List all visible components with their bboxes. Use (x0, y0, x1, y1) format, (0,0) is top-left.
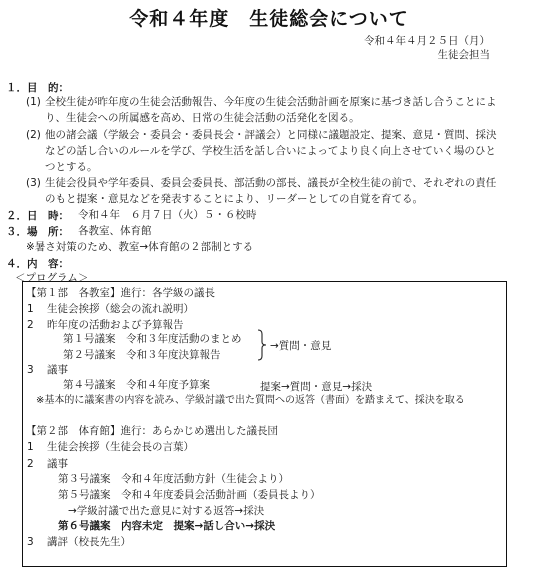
part1-item3-num: 3 (27, 362, 34, 378)
part1-bill4: 第４号議案 令和４年度予算案 (63, 377, 210, 393)
part1-header: 【第１部 各教室】進行：各学級の議長 (26, 285, 215, 301)
purpose-1-line1: 全校生徒が昨年度の生徒会活動報告、今年度の生徒会活動計画を原案に基づき話し合うこ… (45, 94, 497, 110)
document-author: 生徒会担当 (438, 48, 491, 62)
part1-bill2: 第２号議案 令和３年度決算報告 (63, 347, 221, 363)
part2-bill3: 第３号議案 令和４年度活動方針（生徒会より） (58, 471, 289, 487)
datetime-heading: ２．日 時： (6, 208, 69, 223)
purpose-2-line2: などの話し合いのルールを学び、学校生活を話し合いによってより良く向上させていく場… (45, 143, 496, 159)
datetime-value: 令和４年 ６月７日（火）５・６校時 (78, 207, 257, 223)
part2-flow: →学級討議で出た意見に対する返答→採決 (68, 503, 264, 519)
purpose-2-line3: つとする。 (45, 159, 98, 175)
part2-item2-num: 2 (27, 456, 34, 472)
part2-item1-text: 生徒会挨拶（生徒会長の言葉） (47, 439, 194, 455)
part2-header: 【第２部 体育館】進行：あらかじめ選出した議長団 (26, 423, 278, 439)
part2-item1-num: 1 (27, 439, 34, 455)
purpose-3-line2: のもと提案・意見などを発表することにより、リーダーとしての自覚を育てる。 (45, 191, 423, 207)
part1-bill1: 第１号議案 令和３年度活動のまとめ (63, 331, 242, 347)
part1-note: ※基本的に議案書の内容を読み、学級討議で出た質問への返答（書面）を踏まえて、採決… (36, 393, 465, 409)
part2-item3-num: 3 (27, 534, 34, 550)
place-note: ※暑さ対策のため、教室→体育館の２部制とする (26, 239, 253, 255)
purpose-1-num: (1) (26, 94, 41, 110)
part1-item2-num: 2 (27, 317, 34, 333)
purpose-3-line1: 生徒会役員や学年委員、委員会委員長、部活動の部長、議長が全校生徒の前で、それぞれ… (45, 175, 496, 191)
part2-bill5: 第５号議案 令和４年度委員会活動計画（委員長より） (58, 487, 321, 503)
part2-item3-text: 講評（校長先生） (47, 534, 131, 550)
purpose-2-line1: 他の諸会議（学級会・委員会・委員長会・評議会）と同様に議題設定、提案、意見・質問… (45, 127, 497, 143)
part1-item3-text: 議事 (47, 362, 68, 378)
part1-item1-text: 生徒会挨拶（総会の流れ説明） (47, 301, 194, 317)
document-title: 令和４年度 生徒総会について (0, 4, 538, 31)
part1-brace-note: →質問・意見 (270, 338, 331, 354)
content-heading: ４．内 容： (6, 256, 69, 271)
brace-icon (257, 329, 267, 361)
part2-bill6: 第６号議案 内容未定 提案→話し合い→採決 (58, 518, 275, 534)
place-heading: ３．場 所： (6, 224, 69, 239)
purpose-1-line2: り、生徒会への所属感を高め、日常の生徒会活動の活発化を図る。 (45, 110, 360, 126)
purpose-3-num: (3) (26, 175, 41, 191)
purpose-heading: １．目 的： (6, 80, 69, 95)
part1-item1-num: 1 (27, 301, 34, 317)
purpose-2-num: (2) (26, 127, 41, 143)
part2-item2-text: 議事 (47, 456, 68, 472)
place-value: 各教室、体育館 (78, 223, 152, 239)
document-date: 令和４年４月２５日（月） (364, 34, 490, 48)
